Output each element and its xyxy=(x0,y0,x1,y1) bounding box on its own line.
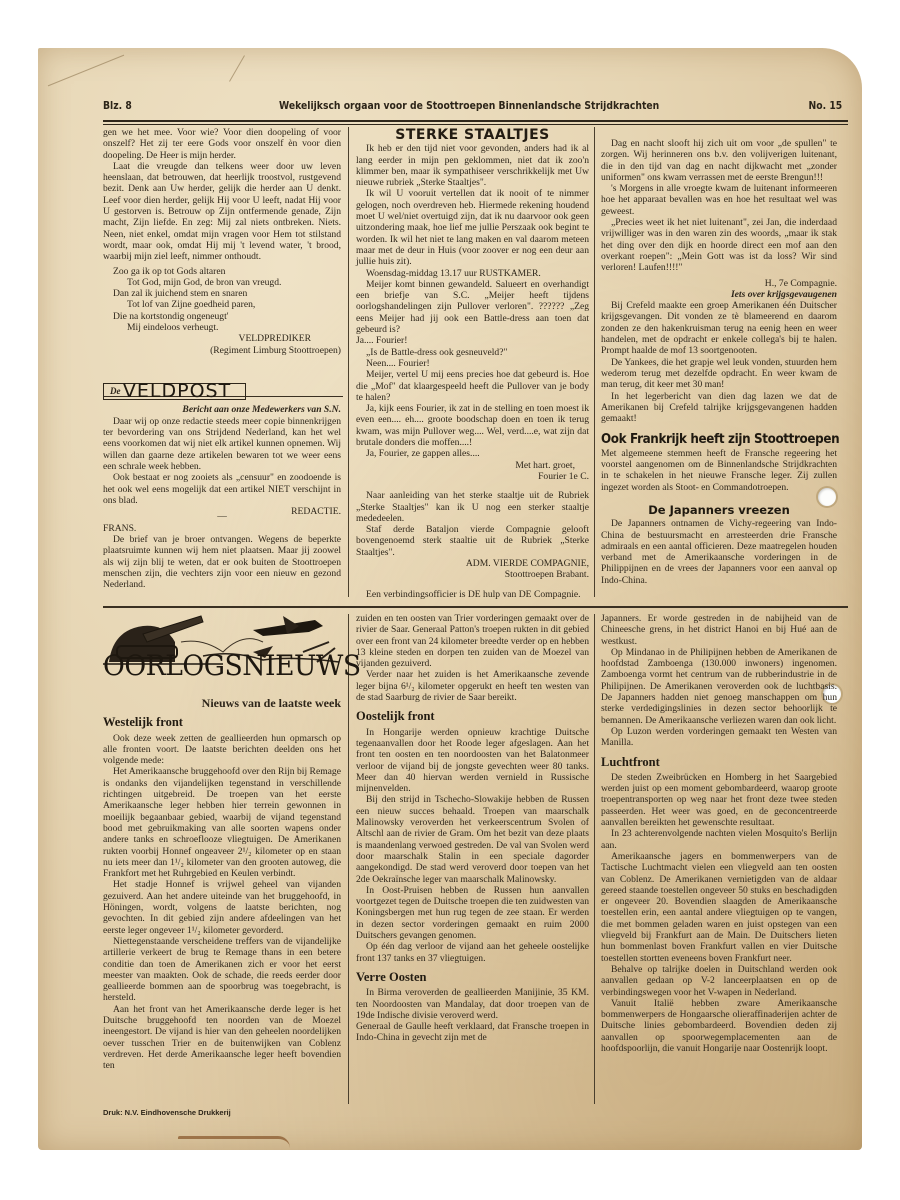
article-paragraph: In het legerbericht van dien dag lazen w… xyxy=(601,391,837,425)
news-paragraph: Niettegenstaande verscheidene treffers v… xyxy=(103,936,341,1004)
news-paragraph: Aan het front van het Amerikaansche derd… xyxy=(103,1004,341,1072)
news-paragraph: Vanuit Italië hebben zware Amerikaansche… xyxy=(601,998,837,1054)
sermon-paragraph: Laat die vreugde dan telkens weer door u… xyxy=(103,161,341,263)
article-paragraph: De Japanners ontnamen de Vichy-regeering… xyxy=(601,518,837,586)
news-paragraph: In Birma veroverden de geallieerden Mani… xyxy=(356,987,589,1021)
article-paragraph: Ja, kijk eens Fourier, ik zat in de stel… xyxy=(356,403,589,448)
article-paragraph: „Is de Battle-dress ook gesneuveld?" xyxy=(356,347,589,358)
poem-line: Tot God, mijn God, de bron van vreugd. xyxy=(103,277,341,288)
greeting-signature: Fourier 1e C. xyxy=(356,471,589,482)
section-divider xyxy=(103,606,848,608)
oorlogsnieuws-column: OORLOGSNIEUWS Nieuws van de laatste week… xyxy=(103,612,341,1072)
article-paragraph: Ja, Fourier, ze gappen alles.... xyxy=(356,448,589,459)
verre-oosten-heading: Verre Oosten xyxy=(356,972,589,983)
sermon-column: gen we het mee. Voor wie? Voor dien doop… xyxy=(103,127,341,356)
news-paragraph: Behalve op talrijke doelen in Duitschlan… xyxy=(601,964,837,998)
oorlogsnieuws-logo: OORLOGSNIEUWS xyxy=(103,612,341,692)
news-column-two: zuiden en ten oosten van Trier vordering… xyxy=(356,613,589,1044)
article-paragraph: Ik wil U vooruit vertellen dat ik nooit … xyxy=(356,188,589,267)
column-rule xyxy=(594,127,595,597)
news-column-three: Japanners. Er worde gestreden in de nabi… xyxy=(601,613,837,1054)
article-paragraph: „Precies weet ik het niet luitenant", ze… xyxy=(601,217,837,273)
article-signature-sub: Stoottroepen Brabant. xyxy=(356,569,589,580)
krijgs-heading: Iets over krijgsgevaugenen xyxy=(601,289,837,300)
article-signature: H., 7e Compagnie. xyxy=(601,278,837,289)
article-signature: ADM. VIERDE COMPAGNIE, xyxy=(356,558,589,569)
column-three-top: Dag en nacht slooft hij zich uit om voor… xyxy=(601,138,837,586)
article-paragraph: De Yankees, die het grapje wel leuk vond… xyxy=(601,357,837,391)
article-paragraph: Woensdag-middag 13.17 uur RUSTKAMER. xyxy=(356,268,589,279)
westelijk-front-heading: Westelijk front xyxy=(103,717,341,728)
news-paragraph: Japanners. Er worde gestreden in de nabi… xyxy=(601,613,837,647)
veldpost-paragraph: Daar wij op onze redactie steeds meer co… xyxy=(103,416,341,472)
news-paragraph: Op Luzon werden vorderingen gemaakt ten … xyxy=(601,726,837,749)
article-paragraph: Bij Crefeld maakte een groep Amerikanen … xyxy=(601,300,837,356)
news-paragraph: Op één dag verloor de vijand aan het geh… xyxy=(356,941,589,964)
news-paragraph: Amerikaansche jagers en bommenwerpers va… xyxy=(601,851,837,964)
news-paragraph: Bij den strijd in Tschecho-Slowakije heb… xyxy=(356,794,589,884)
article-paragraph: Staf derde Bataljon vierde Compagnie gel… xyxy=(356,524,589,558)
column-rule xyxy=(348,127,349,597)
poem-line: Tot lof van Zijne goedheid paren, xyxy=(103,299,341,310)
article-paragraph: Neen.... Fourier! xyxy=(356,358,589,369)
news-paragraph: Op Mindanao in de Philipijnen hebben de … xyxy=(601,647,837,726)
news-paragraph: zuiden en ten oosten van Trier vordering… xyxy=(356,613,589,669)
poem-line: Die na kortstondig ongeneugt' xyxy=(103,311,341,322)
article-paragraph: Dag en nacht slooft hij zich uit om voor… xyxy=(601,138,837,183)
article-paragraph: 's Morgens in alle vroegte kwam de luite… xyxy=(601,183,837,217)
frankrijk-heading: Ook Frankrijk heeft zijn Stoottroepen xyxy=(601,434,818,445)
veldpost-subheading: Bericht aan onze Medewerkers van S.N. xyxy=(103,404,341,415)
sterke-staaltjes-column: STERKE STAALTJES Ik heb er den tijd niet… xyxy=(356,130,589,600)
masthead-rule xyxy=(103,120,848,125)
sermon-signature: VELDPREDIKER xyxy=(103,333,341,344)
greeting: Met hart. groet, xyxy=(356,460,589,471)
masthead: Blz. 8 Wekelijksch orgaan voor de Stoott… xyxy=(103,100,759,118)
poem-line: Dan zal ik juichend stem en snaren xyxy=(103,288,341,299)
oostelijk-front-heading: Oostelijk front xyxy=(356,711,589,722)
frans-paragraph: De brief van je broer ontvangen. Wegens … xyxy=(103,534,341,590)
news-paragraph: De steden Zweibrücken en Homberg in het … xyxy=(601,772,837,828)
page-number: Blz. 8 xyxy=(103,100,132,112)
poem-line: Mij eindeloos verheugt. xyxy=(103,322,341,333)
oorlogsnieuws-subheading: Nieuws van de laatste week xyxy=(103,698,341,709)
luchtfront-heading: Luchtfront xyxy=(601,757,837,768)
printer-imprint: Druk: N.V. Eindhovensche Drukkerij xyxy=(103,1108,231,1117)
news-paragraph: Generaal de Gaulle heeft verklaard, dat … xyxy=(356,1021,589,1044)
poem-line: Zoo ga ik op tot Gods altaren xyxy=(103,266,341,277)
veldpost-section: De VELDPOST Bericht aan onze Medewerkers… xyxy=(103,381,341,590)
article-paragraph: Ja.... Fourier! xyxy=(356,335,589,346)
frans-name: FRANS. xyxy=(103,523,341,534)
sermon-signature-sub: (Regiment Limburg Stoottroepen) xyxy=(103,345,341,356)
article-paragraph: Meijer komt binnen gewandeld. Salueert e… xyxy=(356,279,589,335)
news-paragraph: In Hongarije werden opnieuw krachtige Du… xyxy=(356,727,589,795)
article-paragraph: Meijer, vertel U mij eens precies hoe da… xyxy=(356,369,589,403)
news-paragraph: Het Amerikaansche bruggehoofd over den R… xyxy=(103,766,341,879)
column-rule xyxy=(594,614,595,1104)
veldpost-logo: De VELDPOST xyxy=(103,383,246,400)
news-paragraph: Verder naar het zuiden is het Amerikaans… xyxy=(356,669,589,703)
column-rule xyxy=(348,614,349,1104)
japanners-heading: De Japanners vreezen xyxy=(601,505,837,516)
news-paragraph: In Oost-Pruisen hebben de Russen hun aan… xyxy=(356,885,589,941)
oorlogsnieuws-title: OORLOGSNIEUWS xyxy=(103,660,361,671)
article-paragraph: Naar aanleiding van het sterke staaltje … xyxy=(356,490,589,524)
news-paragraph: In 23 achterenvolgende nachten vielen Mo… xyxy=(601,828,837,851)
sermon-paragraph: gen we het mee. Voor wie? Voor dien doop… xyxy=(103,127,341,161)
article-paragraph: Ik heb er den tijd niet voor gevonden, a… xyxy=(356,143,589,188)
publication-title: Wekelijksch orgaan voor de Stoottroepen … xyxy=(279,100,772,112)
issue-number: No. 15 xyxy=(809,100,843,112)
news-paragraph: Het stadje Honnef is vrijwel geheel van … xyxy=(103,879,341,935)
paper-stain xyxy=(178,1136,290,1148)
veldpost-paragraph: Ook bestaat er nog zooiets als „censuur"… xyxy=(103,472,341,506)
closing-paragraph: Een verbindingsofficier is DE hulp van D… xyxy=(356,589,589,600)
sterke-staaltjes-heading: STERKE STAALTJES xyxy=(356,130,589,141)
news-paragraph: Ook deze week zetten de geallieerden hun… xyxy=(103,733,341,767)
article-paragraph: Met algemeene stemmen heeft de Fransche … xyxy=(601,448,837,493)
